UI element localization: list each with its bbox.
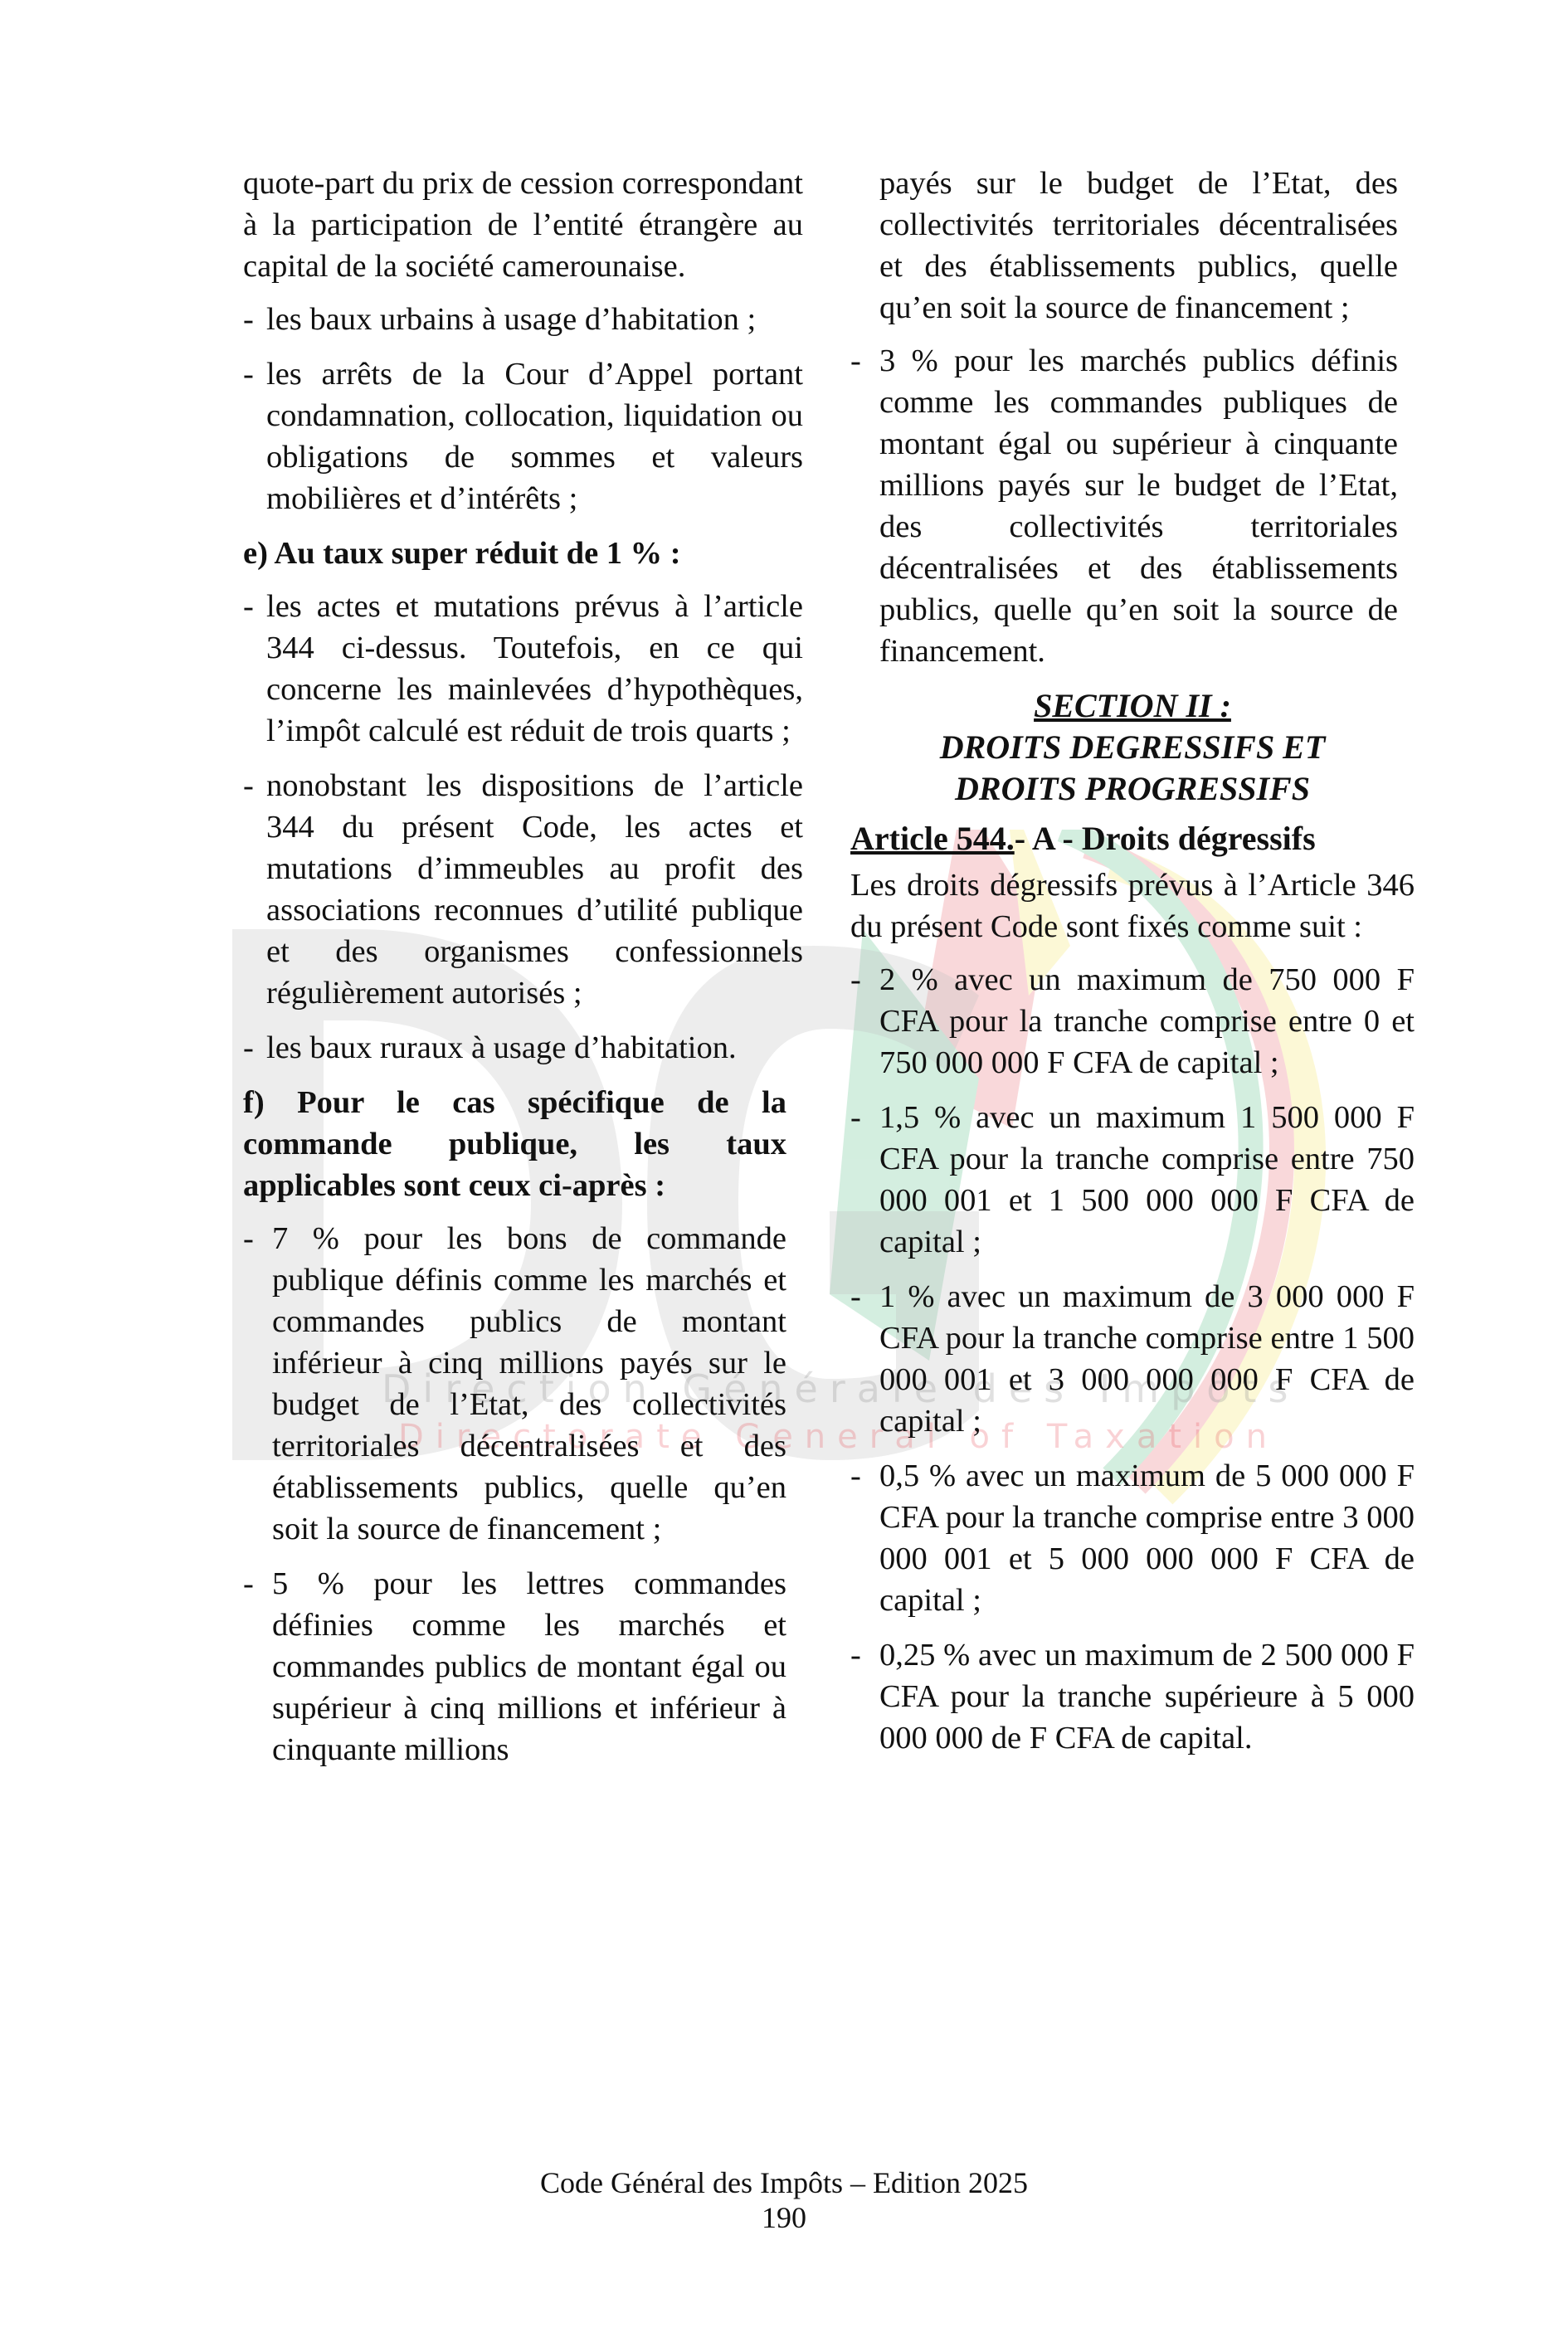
section-title-line2: DROITS PROGRESSIFS bbox=[850, 768, 1415, 810]
heading-e: e) Au taux super réduit de 1 % : bbox=[243, 533, 803, 574]
bracket-item: - 0,25 % avec un maximum de 2 500 000 F … bbox=[850, 1634, 1415, 1759]
dash-bullet: - bbox=[850, 1276, 861, 1317]
dash-bullet: - bbox=[243, 1218, 254, 1259]
dash-bullet: - bbox=[243, 1563, 254, 1605]
article-title-rest: - A - Droits dégressifs bbox=[1015, 820, 1316, 857]
dash-bullet: - bbox=[850, 1097, 861, 1138]
bracket-item: - 2 % avec un maximum de 750 000 F CFA p… bbox=[850, 959, 1415, 1083]
right-column: payés sur le budget de l’Etat, des colle… bbox=[850, 163, 1415, 1772]
page-footer: Code Général des Impôts – Edition 2025 1… bbox=[0, 2165, 1568, 2235]
list-item-text: les arrêts de la Cour d’Appel portant co… bbox=[266, 357, 803, 516]
dash-bullet: - bbox=[243, 299, 254, 340]
article-title: Article 544.- A - Droits dégressifs bbox=[850, 818, 1415, 859]
bracket-item: - 1 % avec un maximum de 3 000 000 F CFA… bbox=[850, 1276, 1415, 1442]
intro-paragraph: quote-part du prix de cession correspond… bbox=[243, 163, 803, 287]
dash-bullet: - bbox=[850, 959, 861, 1001]
list-item-text: 5 % pour les lettres commandes définies … bbox=[272, 1566, 786, 1767]
list-item: - 7 % pour les bons de commande publique… bbox=[243, 1218, 786, 1550]
left-column: quote-part du prix de cession correspond… bbox=[243, 163, 803, 1784]
heading-f: f) Pour le cas spécifique de la commande… bbox=[243, 1082, 786, 1206]
dash-bullet: - bbox=[850, 340, 861, 382]
list-item: - les arrêts de la Cour d’Appel portant … bbox=[243, 353, 803, 519]
dash-bullet: - bbox=[243, 1027, 254, 1069]
list-item-text: les baux urbains à usage d’habitation ; bbox=[266, 302, 756, 337]
list-item: - 5 % pour les lettres commandes définie… bbox=[243, 1563, 786, 1770]
list-item-text: 7 % pour les bons de commande publique d… bbox=[272, 1221, 786, 1546]
dash-bullet: - bbox=[850, 1634, 861, 1676]
bracket-text: 0,25 % avec un maximum de 2 500 000 F CF… bbox=[879, 1638, 1415, 1755]
list-item-text: les actes et mutations prévus à l’articl… bbox=[266, 589, 803, 748]
page-number: 190 bbox=[0, 2200, 1568, 2235]
list-item: - les baux urbains à usage d’habitation … bbox=[243, 299, 803, 340]
dash-bullet: - bbox=[850, 1455, 861, 1497]
dash-bullet: - bbox=[243, 586, 254, 627]
bracket-text: 0,5 % avec un maximum de 5 000 000 F CFA… bbox=[879, 1458, 1415, 1618]
continuation-text: payés sur le budget de l’Etat, des colle… bbox=[850, 163, 1398, 329]
list-item: - les baux ruraux à usage d’habitation. bbox=[243, 1027, 803, 1069]
list-item-text: les baux ruraux à usage d’habitation. bbox=[266, 1030, 737, 1065]
article-intro: Les droits dégressifs prévus à l’Article… bbox=[850, 864, 1415, 947]
section-title-line1: DROITS DEGRESSIFS ET bbox=[850, 727, 1415, 768]
bracket-text: 1,5 % avec un maximum 1 500 000 F CFA po… bbox=[879, 1100, 1415, 1259]
bracket-text: 2 % avec un maximum de 750 000 F CFA pou… bbox=[879, 962, 1415, 1080]
dash-bullet: - bbox=[243, 353, 254, 395]
list-item-text: 3 % pour les marchés publics définis com… bbox=[879, 343, 1398, 669]
section-heading: SECTION II : DROITS DEGRESSIFS ET DROITS… bbox=[850, 685, 1415, 810]
bracket-item: - 1,5 % avec un maximum 1 500 000 F CFA … bbox=[850, 1097, 1415, 1263]
list-item: - 3 % pour les marchés publics définis c… bbox=[850, 340, 1398, 672]
bracket-text: 1 % avec un maximum de 3 000 000 F CFA p… bbox=[879, 1279, 1415, 1439]
dash-bullet: - bbox=[243, 765, 254, 806]
list-item-text: nonobstant les dispositions de l’article… bbox=[266, 768, 803, 1010]
section-label: SECTION II : bbox=[850, 685, 1415, 727]
list-item: - nonobstant les dispositions de l’artic… bbox=[243, 765, 803, 1014]
article-number: Article 544. bbox=[850, 820, 1015, 857]
footer-title: Code Général des Impôts – Edition 2025 bbox=[0, 2165, 1568, 2200]
list-item: - les actes et mutations prévus à l’arti… bbox=[243, 586, 803, 752]
bracket-item: - 0,5 % avec un maximum de 5 000 000 F C… bbox=[850, 1455, 1415, 1621]
